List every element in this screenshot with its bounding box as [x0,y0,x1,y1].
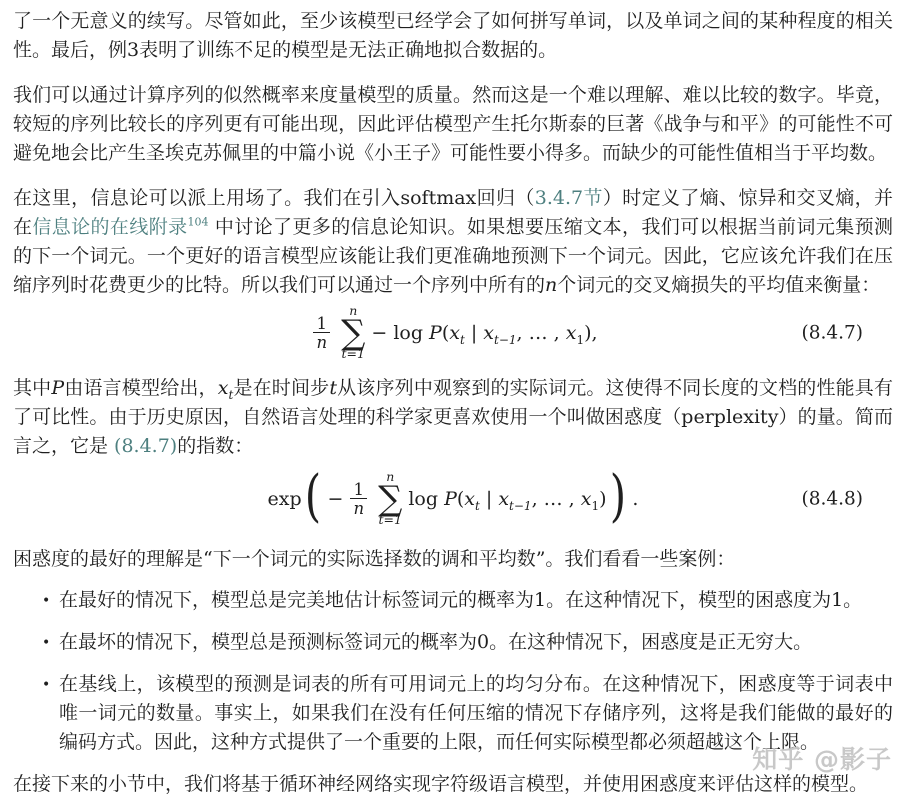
sigma-icon: ∑ [378,484,402,515]
summation-symbol: n ∑ t=1 [378,471,402,527]
inline-link[interactable]: 3.4.7节 [535,187,603,209]
sum-lower-limit: t=1 [378,514,401,527]
case-bullet-list: 在最好的情况下，模型总是完美地估计标签词元的概率为1。在这种情况下，模型的困惑度… [13,586,893,757]
paragraph-intro: 了一个无意义的续写。尽管如此，至少该模型已经学会了如何拼写单词，以及单词之间的某… [13,7,893,65]
fraction-one-over-n: 1 n [350,481,367,518]
fraction-one-over-n: 1 n [313,315,330,352]
equation-period: . [632,488,638,510]
paragraph-likelihood: 我们可以通过计算序列的似然概率来度量模型的质量。然而这是一个难以理解、难以比较的… [13,81,893,168]
paragraph-next-section: 在接下来的小节中，我们将基于循环神经网络实现字符级语言模型，并使用困惑度来评估这… [13,770,893,794]
inline-link[interactable]: 104 [187,216,208,229]
equation-body: log P(xt | xt−1, … , x1) [408,488,606,510]
inline-link[interactable]: (8.4.7) [114,435,177,457]
list-item-best-case: 在最好的情况下，模型总是完美地估计标签词元的概率为1。在这种情况下，模型的困惑度… [59,586,893,615]
exp-function: exp [268,488,302,510]
document-page: { "colors": { "link_teal": "#4d7f7f", "b… [0,0,906,794]
fraction-denominator: n [313,332,330,351]
equation-number: (8.4.8) [801,489,863,510]
sigma-icon: ∑ [341,318,365,349]
equation-body: − log P(xt | xt−1, … , x1), [371,322,597,344]
fraction-denominator: n [350,498,367,517]
summation-symbol: n ∑ t=1 [341,305,365,361]
list-item-worst-case: 在最坏的情况下，模型总是预测标签词元的概率为0。在这种情况下，困惑度是正无穷大。 [59,628,893,657]
equation-847-math: 1 n n ∑ t=1 − log P(xt | xt−1, … , x1), [308,305,597,361]
inline-link[interactable]: 信息论的在线附录 [32,216,187,238]
paragraph-harmonic-mean: 困惑度的最好的理解是“下一个词元的实际选择数的调和平均数”。我们看看一些案例： [13,545,893,574]
sum-lower-limit: t=1 [341,348,364,361]
list-item-baseline-case: 在基线上，该模型的预测是词表的所有可用词元上的均匀分布。在这种情况下，困惑度等于… [59,670,893,757]
minus-sign: − [328,488,344,510]
fraction-numerator: 1 [354,481,365,498]
fraction-numerator: 1 [317,315,328,332]
paragraph-perplexity: 其中P由语言模型给出，xt是在时间步t从该序列中观察到的实际词元。这使得不同长度… [13,374,893,461]
equation-848: exp ( − 1 n n ∑ t=1 log P(xt | xt−1, … ,… [13,461,893,537]
equation-847: 1 n n ∑ t=1 − log P(xt | xt−1, … , x1), … [13,302,893,364]
equation-number: (8.4.7) [801,323,863,344]
paragraph-information-theory: 在这里，信息论可以派上用场了。我们在引入softmax回归（3.4.7节）时定义… [13,184,893,300]
equation-848-math: exp ( − 1 n n ∑ t=1 log P(xt | xt−1, … ,… [268,471,639,527]
